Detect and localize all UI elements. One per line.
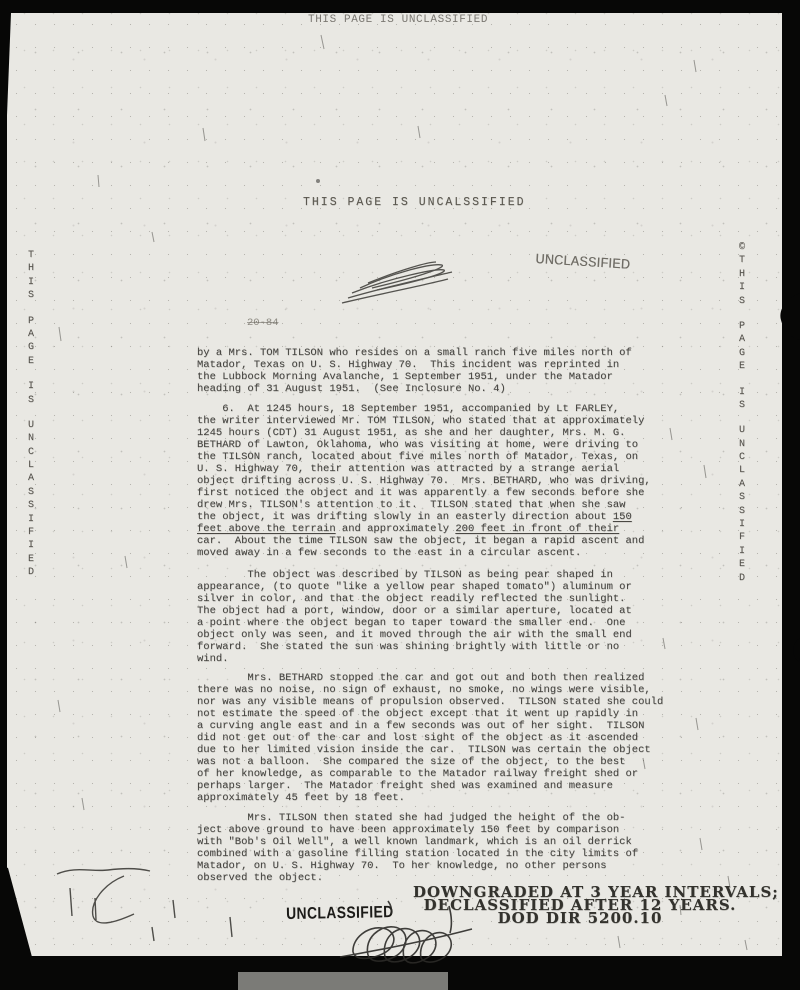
top-edge-caption: THIS PAGE IS UNCLASSIFIED [308,14,488,26]
text-line: by a Mrs. TOM TILSON who resides on a sm… [197,347,677,359]
text-line: with "Bob's Oil Well", a well known land… [197,836,677,848]
text-line: Mrs. TILSON then stated she had judged t… [197,812,677,824]
bottom-bar-notch [238,972,448,990]
text-line: Mrs. BETHARD stopped the car and got out… [197,672,677,684]
unclassified-stamp-bottom: UNCLASSIFIED [286,903,394,924]
text-line: of her knowledge, as comparable to the M… [197,768,677,780]
text-line: U. S. Highway 70, their attention was at… [197,463,677,475]
text-line: forward. She stated the sun was shining … [197,641,677,653]
text-line: The object had a port, window, door or a… [197,605,677,617]
scanned-document-page: THIS PAGE IS UNCLASSIFIED THIS PAGE IS U… [0,0,800,990]
left-margin-vertical-text: THISPAGEISUNCLASSIFIED [24,249,38,580]
text-line: nor was any visible means of propulsion … [197,696,677,708]
text-line: BETHARD of Lawton, Oklahoma, who was vis… [197,439,677,451]
text-line: appearance, (to quote "like a yellow pea… [197,581,677,593]
text-line: Matador, on U. S. Highway 70. To her kno… [197,860,677,872]
text-line: 6. At 1245 hours, 18 September 1951, acc… [197,403,677,415]
document-body: by a Mrs. TOM TILSON who resides on a sm… [197,347,677,884]
page-classification-header: THIS PAGE IS UNCALSSIFIED [303,196,526,209]
text-line: not estimate the speed of the object exc… [197,708,677,720]
downgrade-stamp-block: DOWNGRADED AT 3 YEAR INTERVALS; DECLASSI… [413,886,747,924]
text-line: a curving angle east and in a few second… [197,720,677,732]
text-line: car. About the time TILSON saw the objec… [197,535,677,547]
text-line: drew Mrs. TILSON's attention to it. TILS… [197,499,677,511]
text-line: object only was seen, and it moved throu… [197,629,677,641]
text-line: feet above the terrain and approximately… [197,523,677,535]
text-line: combined with a gasoline filling station… [197,848,677,860]
text-line: heading of 31 August 1951. (See Inclosur… [197,383,677,395]
text-line: approximately 45 feet by 18 feet. [197,792,677,804]
text-line: first noticed the object and it was appa… [197,487,677,499]
text-line: the Lubbock Morning Avalanche, 1 Septemb… [197,371,677,383]
text-line: silver in color, and that the object rea… [197,593,677,605]
text-line: the writer interviewed Mr. TOM TILSON, w… [197,415,677,427]
text-line: a point where the object began to taper … [197,617,677,629]
text-line: was not a balloon. She compared the size… [197,756,677,768]
text-line: due to her limited vision inside the car… [197,744,677,756]
text-line: object drifting across U. S. Highway 70.… [197,475,677,487]
paragraph: by a Mrs. TOM TILSON who resides on a sm… [197,347,677,395]
paragraph: Mrs. TILSON then stated she had judged t… [197,812,677,884]
text-line: moved away in a few seconds to the east … [197,547,677,559]
text-line: wind. [197,653,677,665]
right-margin-vertical-text: ©THISPAGEISUNCLASSIFIED [735,241,749,585]
text-line: perhaps larger. The Matador freight shed… [197,780,677,792]
text-line: the object, it was drifting slowly in an… [197,511,677,523]
text-line: ject above ground to have been approxima… [197,824,677,836]
paragraph: 6. At 1245 hours, 18 September 1951, acc… [197,403,677,559]
text-line: The object was described by TILSON as be… [197,569,677,581]
text-line: Matador, Texas on U. S. Highway 70. This… [197,359,677,371]
text-line: 1245 hours (CDT) 31 August 1951, as she … [197,427,677,439]
paragraph: Mrs. BETHARD stopped the car and got out… [197,672,677,804]
text-line: the TILSON ranch, located about five mil… [197,451,677,463]
text-line: there was no noise, no sign of exhaust, … [197,684,677,696]
paragraph: The object was described by TILSON as be… [197,569,677,665]
page-number: 20-84 [247,317,279,329]
text-line: did not get out of the car and lost sigh… [197,732,677,744]
